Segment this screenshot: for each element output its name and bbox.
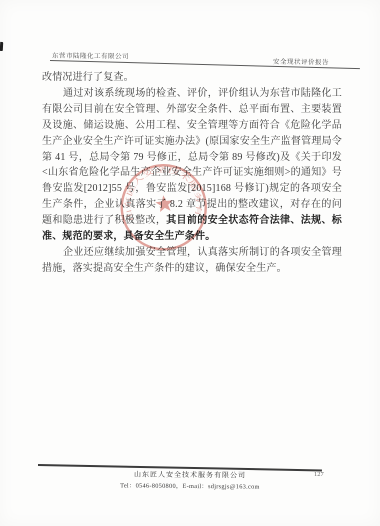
header-report-title: 安全现状评价报告 <box>273 57 329 67</box>
footer-contact-line: Tel：0546-8050800，E-mail：sdjrsgjs@163.com <box>40 480 340 492</box>
conclusion-regular-text: 通过对该系统现场的检查、评价，评价组认为东营市陆隆化工有限公司目前在安全管理、外… <box>42 88 342 226</box>
paragraph-continuation: 改情况进行了复查。 <box>42 70 342 86</box>
paragraph-recommendation: 企业还应继续加强安全管理，认真落实所制订的各项安全管理措施，落实提高安全生产条件… <box>42 245 342 277</box>
footer: 山东匠人安全技术服务有限公司 Tel：0546-8050800，E-mail：s… <box>40 469 340 492</box>
paragraph-conclusion: 通过对该系统现场的检查、评价，评价组认为东营市陆隆化工有限公司目前在安全管理、外… <box>42 86 342 245</box>
header-company-name: 东营市陆隆化工有限公司 <box>52 51 129 61</box>
page-number: 127 <box>314 471 324 478</box>
scan-edge-artifact <box>0 42 3 51</box>
scanned-document-page: 东营市陆隆化工有限公司 安全现状评价报告 改情况进行了复查。 通过对该系统现场的… <box>0 0 380 526</box>
report-body: 改情况进行了复查。 通过对该系统现场的检查、评价，评价组认为东营市陆隆化工有限公… <box>42 70 342 277</box>
